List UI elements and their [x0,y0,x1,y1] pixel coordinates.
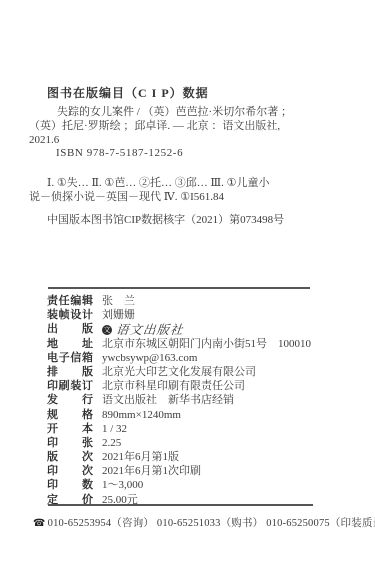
colophon-row: 印张2.25 [47,436,357,450]
colophon-value: 1～3,000 [102,478,143,492]
colophon-label: 印次 [47,464,93,478]
colophon-row: 印数1～3,000 [47,478,357,492]
colophon-row: 出版文语文出版社 [47,322,357,336]
colophon-value: 2021年6月第1版 [102,450,179,464]
colophon-row: 发行语文出版社 新华书店经销 [47,393,357,407]
colophon-value: 刘姗姗 [102,308,135,322]
colophon-value: 张 兰 [102,294,135,308]
cip-entry-line: 2021.6 [29,134,349,148]
colophon-label: 开本 [47,422,93,436]
colophon-row: 装帧设计刘姗姗 [47,308,357,322]
colophon-value: ywcbsywp@163.com [102,351,197,365]
colophon-label: 印张 [47,436,93,450]
cip-entry-paragraph: 失踪的女儿案件 / （英）芭芭拉·米切尔希尔著 ；（英）托尼·罗斯绘 ；邱卓译.… [29,106,349,161]
colophon-value: 2021年6月第1次印刷 [102,464,201,478]
colophon-label: 装帧设计 [47,308,93,322]
colophon-value: 文语文出版社 [102,322,184,337]
cip-entry-line: （英）托尼·罗斯绘 ；邱卓译. — 北京 ：语文出版社, [29,120,349,134]
cip-entry-line: ISBN 978-7-5187-1252-6 [29,147,349,161]
colophon-row: 电子信箱ywcbsywp@163.com [47,351,357,365]
colophon-label: 印刷装订 [47,379,93,393]
book-copyright-page: 图书在版编目（C I P）数据 失踪的女儿案件 / （英）芭芭拉·米切尔希尔著 … [0,0,375,568]
colophon-row: 版次2021年6月第1版 [47,450,357,464]
colophon-row: 印刷装订北京市科星印刷有限责任公司 [47,379,357,393]
colophon-row: 印次2021年6月第1次印刷 [47,464,357,478]
publisher-seal-icon: 文 [102,325,112,335]
cip-entry-line: 失踪的女儿案件 / （英）芭芭拉·米切尔希尔著 ； [29,106,349,120]
colophon-label: 责任编辑 [47,294,93,308]
cip-record-number: 中国版本图书馆CIP数据核字（2021）第073498号 [47,211,284,227]
colophon-label: 印数 [47,478,93,492]
colophon-value: 2.25 [102,436,121,450]
colophon-label: 地址 [47,337,93,351]
cip-header: 图书在版编目（C I P）数据 [47,84,209,101]
cip-classification: Ⅰ. ①失… Ⅱ. ①芭… ②托… ③邱… Ⅲ. ①儿童小说－侦探小说－英国－现… [29,176,359,204]
colophon-value: 北京光大印艺文化发展有限公司 [102,365,256,379]
divider-bottom [48,504,313,506]
colophon-label: 出版 [47,322,93,336]
colophon-value: 语文出版社 新华书店经销 [102,393,234,407]
colophon-label: 电子信箱 [47,351,93,365]
colophon-row: 开本1 / 32 [47,422,357,436]
colophon-label: 发行 [47,393,93,407]
colophon-value: 890mm×1240mm [102,408,181,422]
colophon-row: 责任编辑张 兰 [47,294,357,308]
contact-phones-text: 010-65253954（咨询） 010-65251033（购书） 010-65… [48,518,375,529]
contact-phones: ☎010-65253954（咨询） 010-65251033（购书） 010-6… [33,515,375,530]
colophon-label: 版次 [47,450,93,464]
colophon-value: 1 / 32 [102,422,127,436]
colophon-table: 责任编辑张 兰装帧设计刘姗姗出版文语文出版社地址北京市东城区朝阳门内南小街51号… [47,294,357,507]
cip-class-line: 说－侦探小说－英国－现代 Ⅳ. ①I561.84 [29,190,359,204]
colophon-row: 排版北京光大印艺文化发展有限公司 [47,365,357,379]
divider-top [48,287,310,289]
publisher-script-logotype: 语文出版社 [115,323,184,337]
colophon-value: 北京市科星印刷有限责任公司 [102,379,245,393]
colophon-row: 地址北京市东城区朝阳门内南小街51号 100010 [47,337,357,351]
colophon-row: 规格890mm×1240mm [47,408,357,422]
cip-class-line: Ⅰ. ①失… Ⅱ. ①芭… ②托… ③邱… Ⅲ. ①儿童小 [29,176,359,190]
colophon-label: 规格 [47,408,93,422]
telephone-icon: ☎ [33,518,46,529]
colophon-label: 排版 [47,365,93,379]
colophon-value: 北京市东城区朝阳门内南小街51号 100010 [102,337,311,351]
